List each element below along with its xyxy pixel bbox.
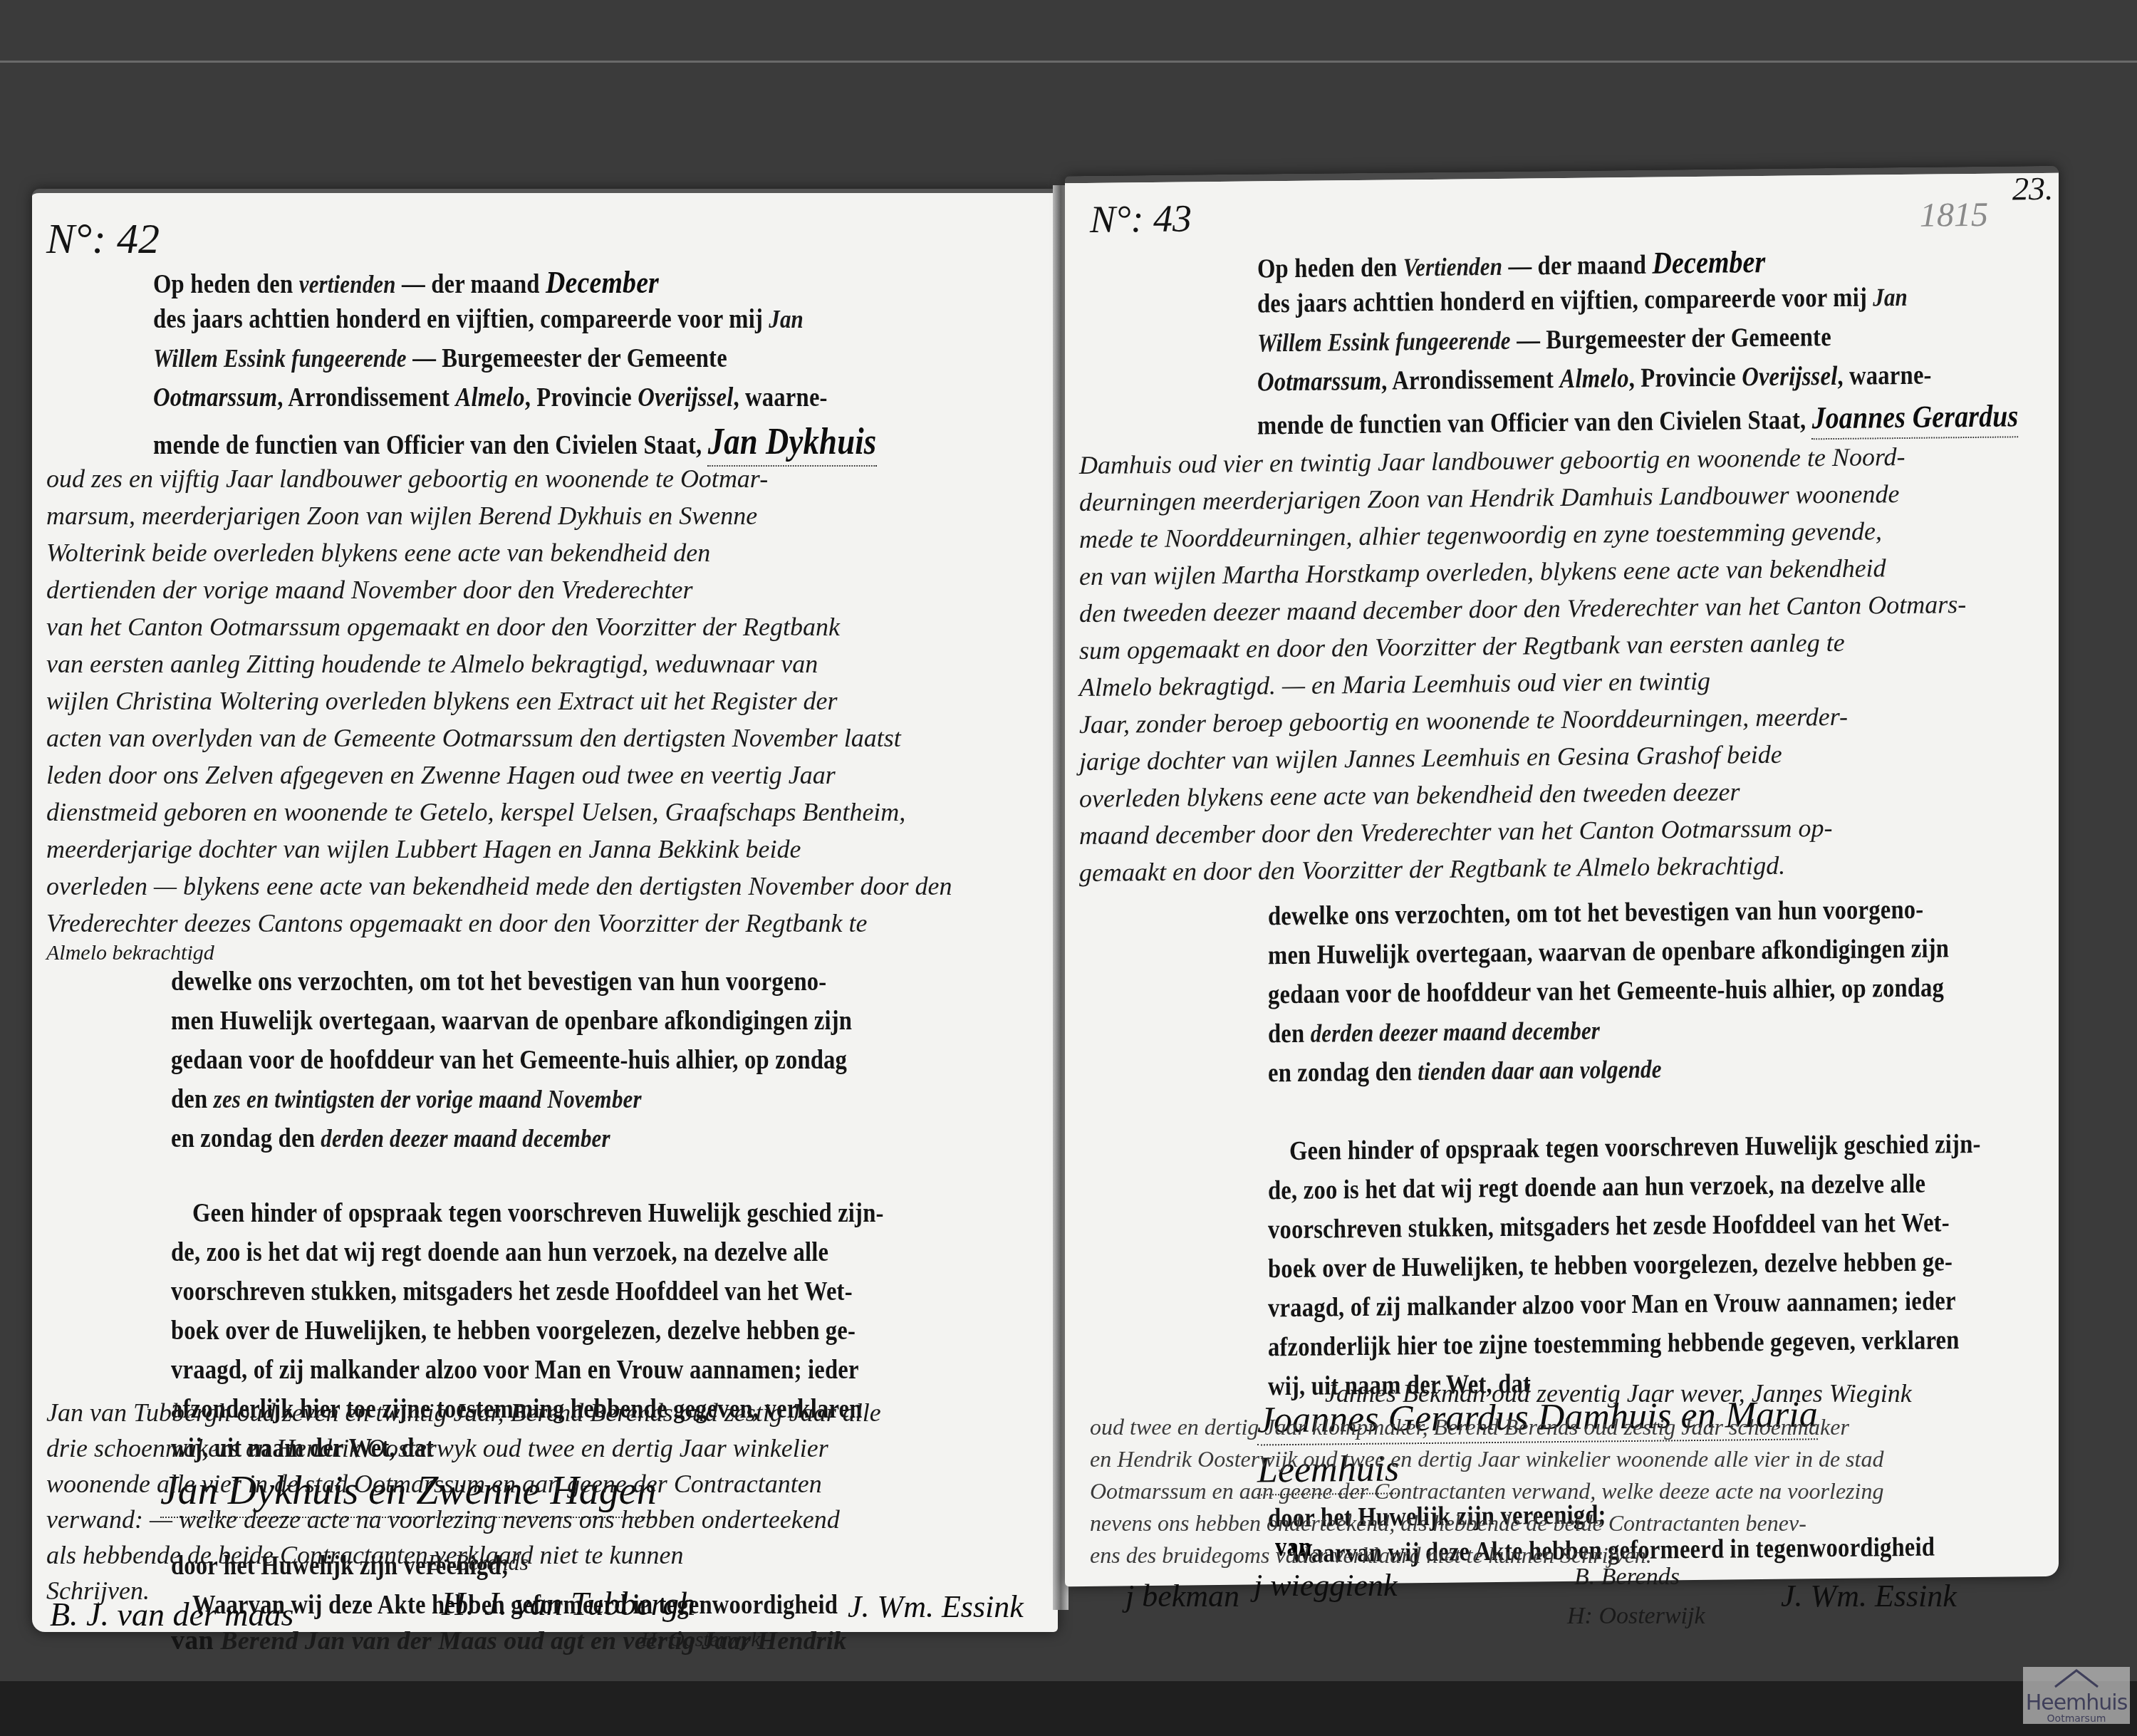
- signature: H: Oosterwijk: [1567, 1603, 1705, 1630]
- signature: B: Berends: [427, 1549, 529, 1576]
- page-number: 23.: [2012, 170, 2054, 208]
- signature: j wieggienk: [1254, 1567, 1398, 1604]
- intro-line-1: Op heden den Vertienden — der maand Dece…: [1257, 244, 1765, 285]
- intro-line-3: Willem Essink fungeerende — Burgemeester…: [153, 343, 727, 374]
- signature: j bekman: [1125, 1578, 1239, 1614]
- hand-month: December: [546, 265, 659, 300]
- heemhuis-watermark: Heemhuis Ootmarsum: [2023, 1667, 2130, 1724]
- signature: H: J. van Tubbergh: [442, 1585, 695, 1623]
- scan-background-line: [0, 61, 2137, 63]
- watermark-name: Heemhuis: [2023, 1693, 2130, 1714]
- signature: J. Wm. Essink: [1781, 1578, 1957, 1614]
- hand-day: vertienden: [299, 270, 396, 298]
- intro-line-2: des jaars achttien honderd en vijftien, …: [153, 303, 804, 335]
- intro-line-4: Ootmarssum, Arrondissement Almelo, Provi…: [153, 382, 828, 413]
- groom-name: Joannes Gerardus: [1812, 398, 2019, 440]
- watermark-subtitle: Ootmarsum: [2023, 1714, 2130, 1724]
- groom-name: Jan Dykhuis: [708, 422, 877, 467]
- right-page: N°: 43 23. 1815 Op heden den Vertienden …: [1065, 166, 2059, 1587]
- intro-line-2: des jaars achttien honderd en vijftien, …: [1257, 281, 1908, 320]
- declaration-paragraph: Geen hinder of opspraak tegen voorschrev…: [1065, 173, 2059, 184]
- intro-line-1: Op heden den vertienden — der maand Dece…: [153, 264, 659, 301]
- margin-stamp: 1815: [1920, 195, 1988, 235]
- house-roof-icon: [2052, 1668, 2101, 1688]
- act-number: N°: 42: [46, 214, 160, 264]
- signature: H: Oosterwyk: [641, 1628, 760, 1652]
- hand-banns-date-1: zes en twintigsten der vorige maand Nove…: [214, 1085, 642, 1113]
- signature: B. Berends: [1574, 1564, 1680, 1591]
- scan-background-bottom: [0, 1681, 2137, 1736]
- signature: J. Wm. Essink: [848, 1589, 1024, 1625]
- hand-banns-date-2: derden deezer maand december: [321, 1124, 610, 1153]
- signature: B. J. van der maas: [50, 1596, 293, 1633]
- intro-line-3: Willem Essink fungeerende — Burgemeester…: [1257, 321, 1831, 358]
- act-number: N°: 43: [1090, 196, 1192, 241]
- handwritten-body: Damhuis oud vier en twintig Jaar landbou…: [1065, 173, 2059, 184]
- banns-paragraph: dewelke ons verzochten, om tot het beves…: [1065, 173, 2059, 184]
- intro-line-4: Ootmarssum, Arrondissement Almelo, Provi…: [1257, 360, 1932, 398]
- intro-line-5: mende de functien van Officier van den C…: [1257, 397, 2018, 442]
- intro-line-5: mende de functien van Officier van den C…: [153, 421, 876, 463]
